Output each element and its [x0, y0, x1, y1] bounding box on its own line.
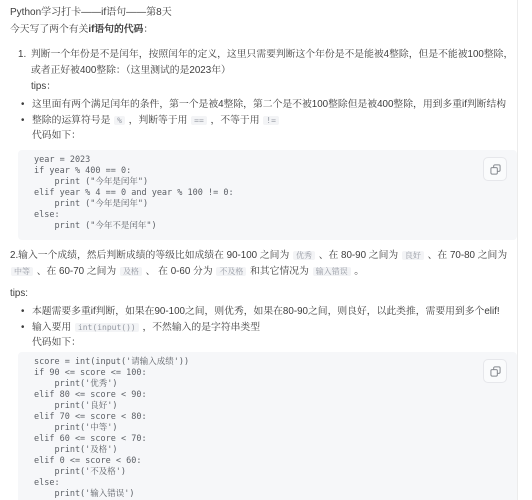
section2-bullet-list: 本题需要多重if判断，如果在90-100之间，则优秀，如果在80-90之间，则良…	[10, 304, 517, 335]
section1-tips-label: tips：	[31, 79, 517, 94]
code-block-2: score = int(input('请输入成绩')) if 90 <= sco…	[18, 352, 517, 500]
section2-bullet-1: 本题需要多重if判断，如果在90-100之间，则优秀，如果在80-90之间，则良…	[32, 304, 517, 320]
inline-code: 优秀	[293, 251, 315, 260]
section1-bullet-list: 这里面有两个满足闰年的条件，第一个是被4整除，第二个是不被100整除但是被400…	[10, 97, 517, 128]
inline-code: ==	[191, 116, 207, 125]
list-item-1-number: 1.	[18, 47, 31, 94]
copy-icon	[490, 164, 501, 175]
section1-bullet-1: 这里面有两个满足闰年的条件，第一个是被4整除，第二个是不被100整除但是被400…	[32, 97, 517, 113]
code-block-1-content: year = 2023 if year % 400 == 0: print ("…	[34, 155, 501, 232]
code-block-2-content: score = int(input('请输入成绩')) if 90 <= sco…	[34, 357, 501, 500]
ordered-list: 1. 判断一个年份是不是闰年，按照闰年的定义，这里只需要判断这个年份是不是能被4…	[10, 47, 517, 94]
intro-paragraph: 今天写了两个有关if语句的代码：	[10, 22, 517, 37]
list-item-1-body: 判断一个年份是不是闰年，按照闰年的定义，这里只需要判断这个年份是不是能被4整除，…	[31, 47, 517, 94]
section2-bullet-2: 输入要用 int(input()) ，不然输入的是字符串类型	[32, 320, 517, 336]
section2-code-intro: 代码如下：	[32, 335, 517, 350]
code-block-1: year = 2023 if year % 400 == 0: print ("…	[18, 150, 517, 240]
copy-icon	[490, 366, 501, 377]
copy-button-1[interactable]	[483, 157, 507, 181]
list-item-1-text: 判断一个年份是不是闰年，按照闰年的定义，这里只需要判断这个年份是不是能被4整除，…	[31, 47, 517, 78]
list-item-1: 1. 判断一个年份是不是闰年，按照闰年的定义，这里只需要判断这个年份是不是能被4…	[10, 47, 517, 94]
content-right-border	[517, 0, 518, 500]
section1-code-intro: 代码如下：	[32, 128, 517, 143]
copy-button-2[interactable]	[483, 359, 507, 383]
inline-code: 良好	[402, 251, 424, 260]
article-page: Python学习打卡——if语句——第8天 今天写了两个有关if语句的代码： 1…	[0, 0, 532, 500]
inline-code: 及格	[120, 267, 142, 276]
section2-tips-label: tips:	[10, 286, 517, 301]
section2-paragraph: 2.输入一个成绩，然后判断成绩的等级比如成绩在 90-100 之间为 优秀 、在…	[10, 248, 517, 280]
inline-code: 中等	[11, 267, 33, 276]
inline-code: int(input())	[75, 323, 139, 332]
section1-bullet-2: 整除的运算符号是 % ，判断等于用 == ，不等于用 !=	[32, 113, 517, 129]
inline-code: 不及格	[216, 267, 246, 276]
inline-code: !=	[263, 116, 279, 125]
inline-code: %	[114, 116, 125, 125]
inline-code: 输入错误	[313, 267, 351, 276]
page-title: Python学习打卡——if语句——第8天	[10, 5, 517, 20]
